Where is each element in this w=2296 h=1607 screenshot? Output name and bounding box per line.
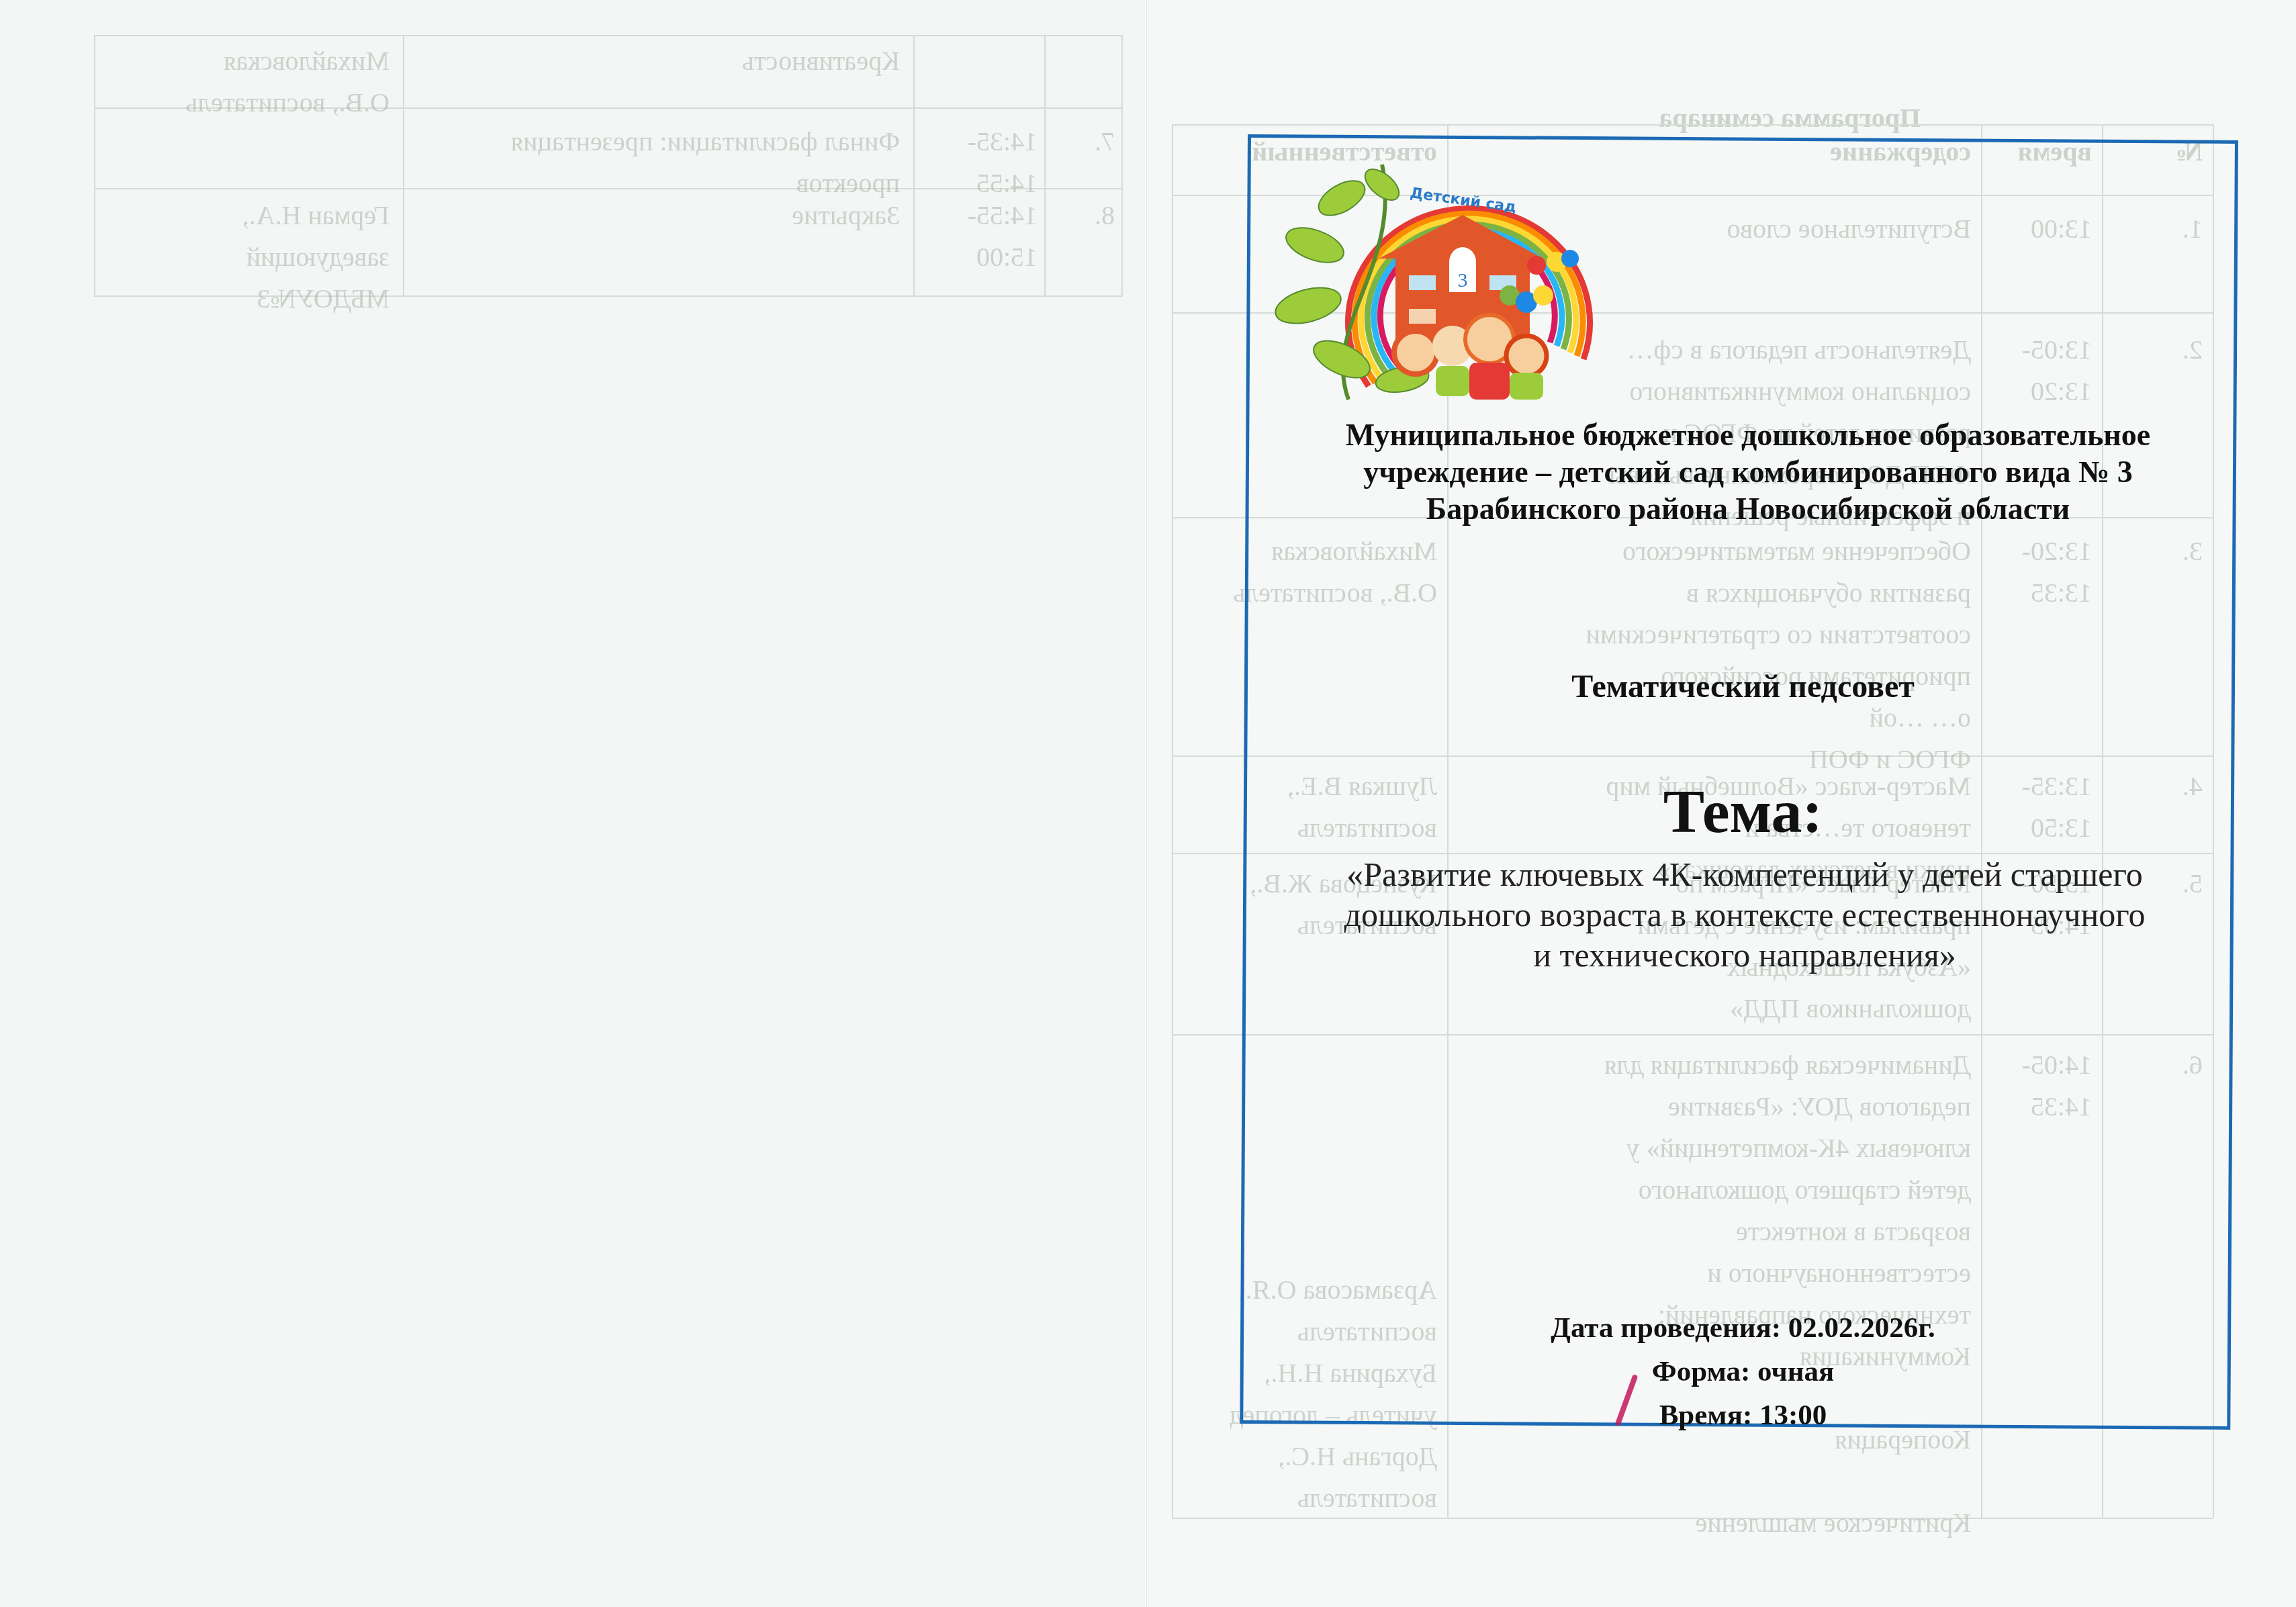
topic-line-2: дошкольного возраста в контексте естеств… [1261, 894, 2228, 935]
ghost-time-7: 14:35- 14:55 [923, 121, 1038, 204]
organization-line-3: Барабинского района Новосибирской област… [1288, 490, 2208, 527]
organization-line-2: учреждение – детский сад комбинированног… [1288, 453, 2208, 490]
topic-line-3: и технического направления» [1261, 935, 2228, 975]
logo-number: 3 [1458, 269, 1468, 291]
ghost-resp-8: Герман Н.А., заведующий МБДОУ№3 [121, 195, 389, 320]
ghost-resp-creativity: Михайловская О.В., воспитатель [121, 40, 389, 124]
event-date: Дата проведения: 02.02.2026г. [1248, 1306, 2238, 1350]
organization-line-1: Муниципальное бюджетное дошкольное образ… [1288, 416, 2208, 453]
topic-label: Тема: [1248, 776, 2238, 847]
event-form: Форма: очная [1248, 1350, 2238, 1393]
topic-line-1: «Развитие ключевых 4К-компетенций у дете… [1261, 854, 2228, 894]
ghost-content-8: Закрытие [416, 195, 900, 236]
topic-text: «Развитие ключевых 4К-компетенций у дете… [1261, 854, 2228, 975]
event-time: Время: 13:00 [1248, 1393, 2238, 1437]
ghost-content-creativity: Креативность [416, 40, 900, 82]
kindergarten-logo-icon: 3 Детский сад [1268, 158, 1624, 413]
ghost-n-8: 8. [1054, 195, 1115, 236]
ghost-time-8: 14:55- 15:00 [923, 195, 1038, 278]
event-details: Дата проведения: 02.02.2026г. Форма: очн… [1248, 1306, 2238, 1437]
event-type: Тематический педсовет [1248, 668, 2238, 705]
page-fold [1144, 0, 1147, 1607]
ghost-content-7: Финал фасилитации: презентация проектов [416, 121, 900, 204]
cover-content: 3 Детский сад Муниципальное бюджетное до… [1248, 134, 2238, 1424]
ghost-n-7: 7. [1054, 121, 1115, 163]
organization-name: Муниципальное бюджетное дошкольное образ… [1288, 416, 2208, 527]
